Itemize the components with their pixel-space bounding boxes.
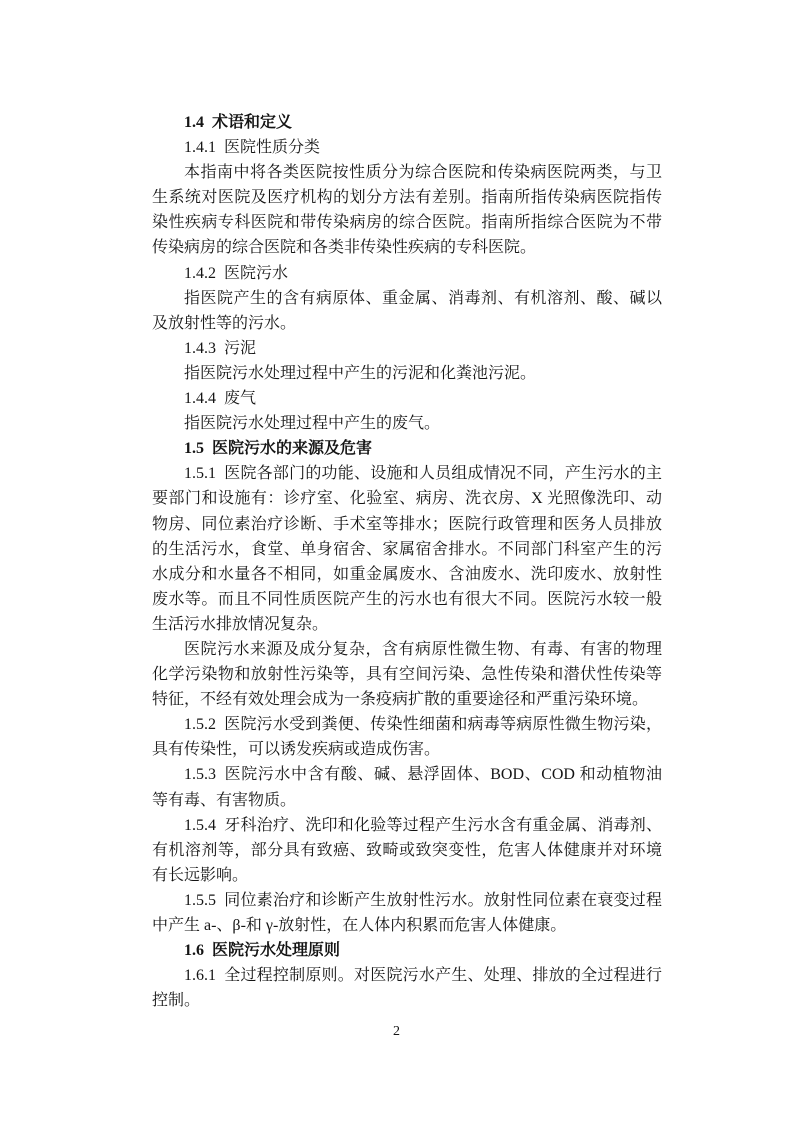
paragraph-1-5-3: 1.5.3 医院污水中含有酸、碱、悬浮固体、BOD、COD 和动植物油等有毒、有… — [152, 762, 662, 812]
paragraph-1-5-5: 1.5.5 同位素治疗和诊断产生放射性污水。放射性同位素在衰变过程中产生 a-、… — [152, 888, 662, 938]
document-page: 1.4 术语和定义 1.4.1 医院性质分类 本指南中将各类医院按性质分为综合医… — [0, 0, 793, 1122]
text-block: 1.4 术语和定义 1.4.1 医院性质分类 本指南中将各类医院按性质分为综合医… — [152, 110, 662, 1013]
paragraph-1-6-1: 1.6.1 全过程控制原则。对医院污水产生、处理、排放的全过程进行控制。 — [152, 963, 662, 1013]
subheading-1-4-3: 1.4.3 污泥 — [152, 336, 662, 361]
heading-1-4: 1.4 术语和定义 — [152, 110, 662, 135]
heading-1-5: 1.5 医院污水的来源及危害 — [152, 436, 662, 461]
paragraph-1-4-2: 指医院产生的含有病原体、重金属、消毒剂、有机溶剂、酸、碱以及放射性等的污水。 — [152, 286, 662, 336]
paragraph-1-4-1: 本指南中将各类医院按性质分为综合医院和传染病医院两类，与卫生系统对医院及医疗机构… — [152, 160, 662, 260]
heading-1-6: 1.6 医院污水处理原则 — [152, 938, 662, 963]
subheading-1-4-4: 1.4.4 废气 — [152, 386, 662, 411]
paragraph-1-4-4: 指医院污水处理过程中产生的废气。 — [152, 411, 662, 436]
paragraph-1-4-3: 指医院污水处理过程中产生的污泥和化粪池污泥。 — [152, 361, 662, 386]
subheading-1-4-2: 1.4.2 医院污水 — [152, 261, 662, 286]
paragraph-1-5-2: 1.5.2 医院污水受到粪便、传染性细菌和病毒等病原性微生物污染，具有传染性，可… — [152, 712, 662, 762]
paragraph-1-5-4: 1.5.4 牙科治疗、洗印和化验等过程产生污水含有重金属、消毒剂、有机溶剂等，部… — [152, 813, 662, 888]
subheading-1-4-1: 1.4.1 医院性质分类 — [152, 135, 662, 160]
paragraph-1-5-1b: 医院污水来源及成分复杂，含有病原性微生物、有毒、有害的物理化学污染物和放射性污染… — [152, 637, 662, 712]
paragraph-1-5-1: 1.5.1 医院各部门的功能、设施和人员组成情况不同，产生污水的主要部门和设施有… — [152, 461, 662, 637]
page-number: 2 — [0, 1022, 793, 1042]
